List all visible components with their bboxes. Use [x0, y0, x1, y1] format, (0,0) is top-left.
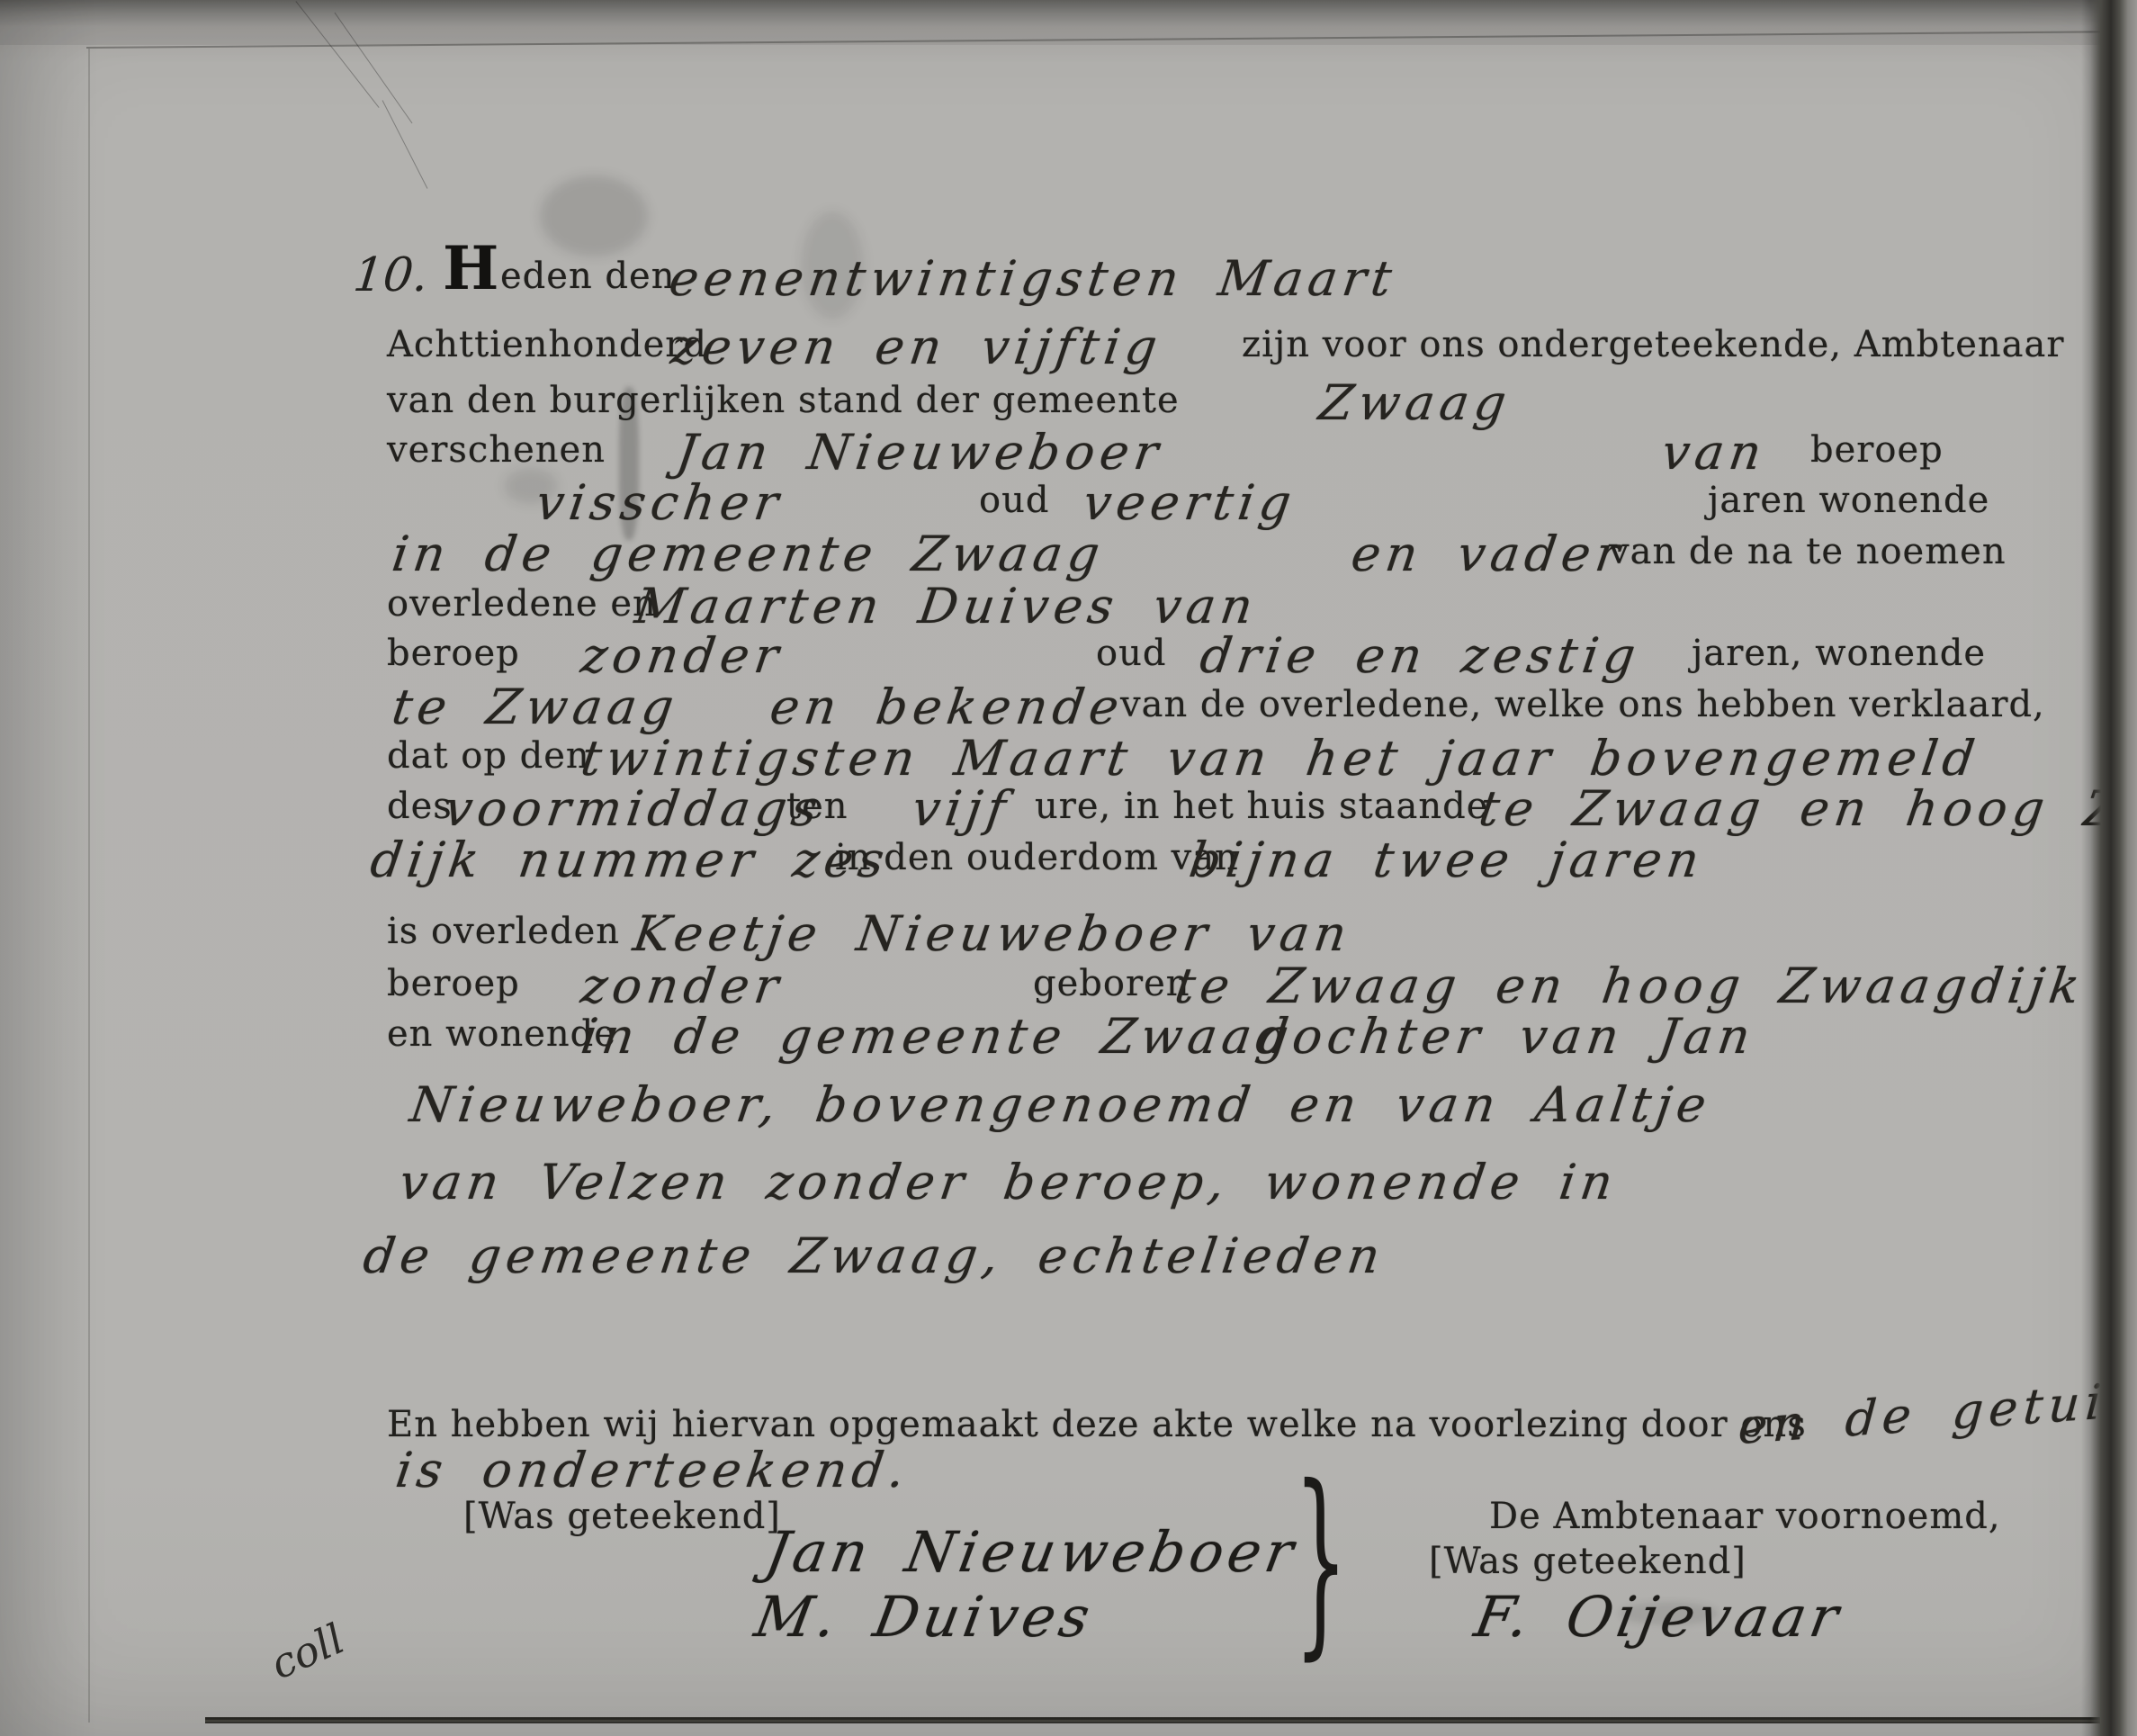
printed-text: beroep: [387, 633, 520, 674]
handwritten-text: te Zwaag en hoog Zwaag.: [1476, 780, 2137, 837]
document-line: dijk nummer zesin den ouderdom vanbijna …: [0, 837, 2137, 895]
handwritten-text: van Velzen zonder beroep, wonende in: [396, 1154, 1621, 1210]
handwritten-text: eenentwintigsten Maart: [666, 250, 1400, 307]
handwritten-text: de gemeente Zwaag, echtelieden: [360, 1228, 1388, 1284]
printed-text: van den burgerlijken stand der gemeente: [387, 380, 1180, 421]
document-line: Nieuweboer, bovengenoemd en van Aaltje: [0, 1082, 2137, 1139]
printed-text: ure, in het huis staande: [1035, 786, 1488, 827]
act-body: 10.Heden deneenentwintigsten MaartAchtti…: [0, 0, 2137, 1736]
document-line: 10.Heden deneenentwintigsten Maart: [0, 256, 2137, 313]
brace-mark: }: [1294, 1460, 1348, 1661]
handwritten-text: dochter van Jan: [1253, 1008, 1759, 1065]
document-line: verschenenJan Nieuweboervanberoep: [0, 429, 2137, 487]
handwritten-text: vijf: [909, 780, 1014, 837]
printed-text: Achttienhonderd: [387, 324, 707, 365]
handwritten-text: twintigsten Maart van het jaar bovengeme…: [578, 730, 1983, 787]
handwritten-text: voormiddags: [441, 780, 826, 837]
printed-text: overledene en: [387, 583, 657, 625]
handwritten-text: en de getuigen: [1737, 1366, 2137, 1455]
handwritten-text: is onderteekend.: [392, 1442, 913, 1498]
printed-text: oud: [979, 480, 1049, 521]
binding-shadow: [2081, 0, 2137, 1736]
printed-text: oud: [1096, 633, 1166, 674]
document-line: coll: [0, 1627, 2137, 1685]
printed-text: beroep: [387, 963, 520, 1004]
printed-text: [Was geteekend]: [1429, 1541, 1746, 1582]
handwritten-text: Maarten Duives van: [632, 578, 1262, 634]
handwritten-text: bijna twee jaren: [1186, 832, 1708, 888]
printed-text: verschenen: [387, 429, 606, 471]
bottom-rule: [205, 1717, 2100, 1723]
handwritten-text: zonder: [578, 958, 787, 1014]
handwritten-text: te Zwaag: [389, 679, 682, 735]
document-line: desvoormiddagstenvijfure, in het huis st…: [0, 786, 2137, 843]
document-line: en wonendein de gemeente Zwaagdochter va…: [0, 1013, 2137, 1071]
drop-cap: H: [443, 250, 498, 286]
printed-text: van de na te noemen: [1609, 531, 2007, 572]
handwritten-text: in de gemeente Zwaag: [578, 1008, 1297, 1065]
handwritten-text: en vader: [1348, 526, 1629, 582]
printed-text: jaren, wonende: [1692, 633, 1986, 674]
printed-text: dat op den: [387, 735, 590, 777]
printed-text: van de overledene, welke ons hebben verk…: [1120, 684, 2045, 725]
handwritten-text: Jan Nieuweboer: [673, 424, 1167, 481]
document-line: Achttienhonderdzeven en vijftigzijn voor…: [0, 324, 2137, 382]
handwritten-text: en bekende: [767, 679, 1127, 735]
printed-text: geboren: [1033, 963, 1190, 1004]
handwritten-text: Nieuweboer, bovengenoemd en van Aaltje: [407, 1076, 1715, 1133]
printed-text: is overleden: [387, 911, 620, 952]
handwritten-text: Keetje Nieuweboer van: [630, 905, 1355, 962]
printed-text: eden den: [500, 256, 675, 297]
printed-text: En hebben wij hiervan opgemaakt deze akt…: [387, 1404, 1807, 1445]
printed-text: ten: [786, 786, 849, 827]
handwritten-text: zonder: [578, 627, 787, 684]
handwritten-text: veertig: [1080, 474, 1300, 531]
printed-text: beroep: [1810, 429, 1944, 471]
handwritten-text: Zwaag: [1315, 374, 1515, 431]
handwritten-text: dijk nummer zes: [367, 832, 893, 888]
printed-text: jaren wonende: [1708, 480, 1989, 521]
handwritten-text: drie en zestig: [1197, 627, 1644, 684]
act-number: 10.: [351, 248, 431, 302]
handwritten-text: visscher: [533, 474, 787, 531]
handwritten-text: te Zwaag en hoog Zwaagdijk: [1172, 958, 2088, 1014]
handwritten-text: in de gemeente Zwaag: [389, 526, 1109, 582]
handwritten-text: van: [1658, 424, 1770, 481]
document-line: van Velzen zonder beroep, wonende in: [0, 1159, 2137, 1217]
document-scan: 10.Heden deneenentwintigsten MaartAchtti…: [0, 0, 2137, 1736]
document-line: de gemeente Zwaag, echtelieden: [0, 1233, 2137, 1291]
handwritten-text: zeven en vijftig: [668, 319, 1166, 375]
printed-text: zijn voor ons ondergeteekende, Ambtenaar: [1242, 324, 2065, 365]
printed-text: in den ouderdom van: [835, 837, 1239, 878]
